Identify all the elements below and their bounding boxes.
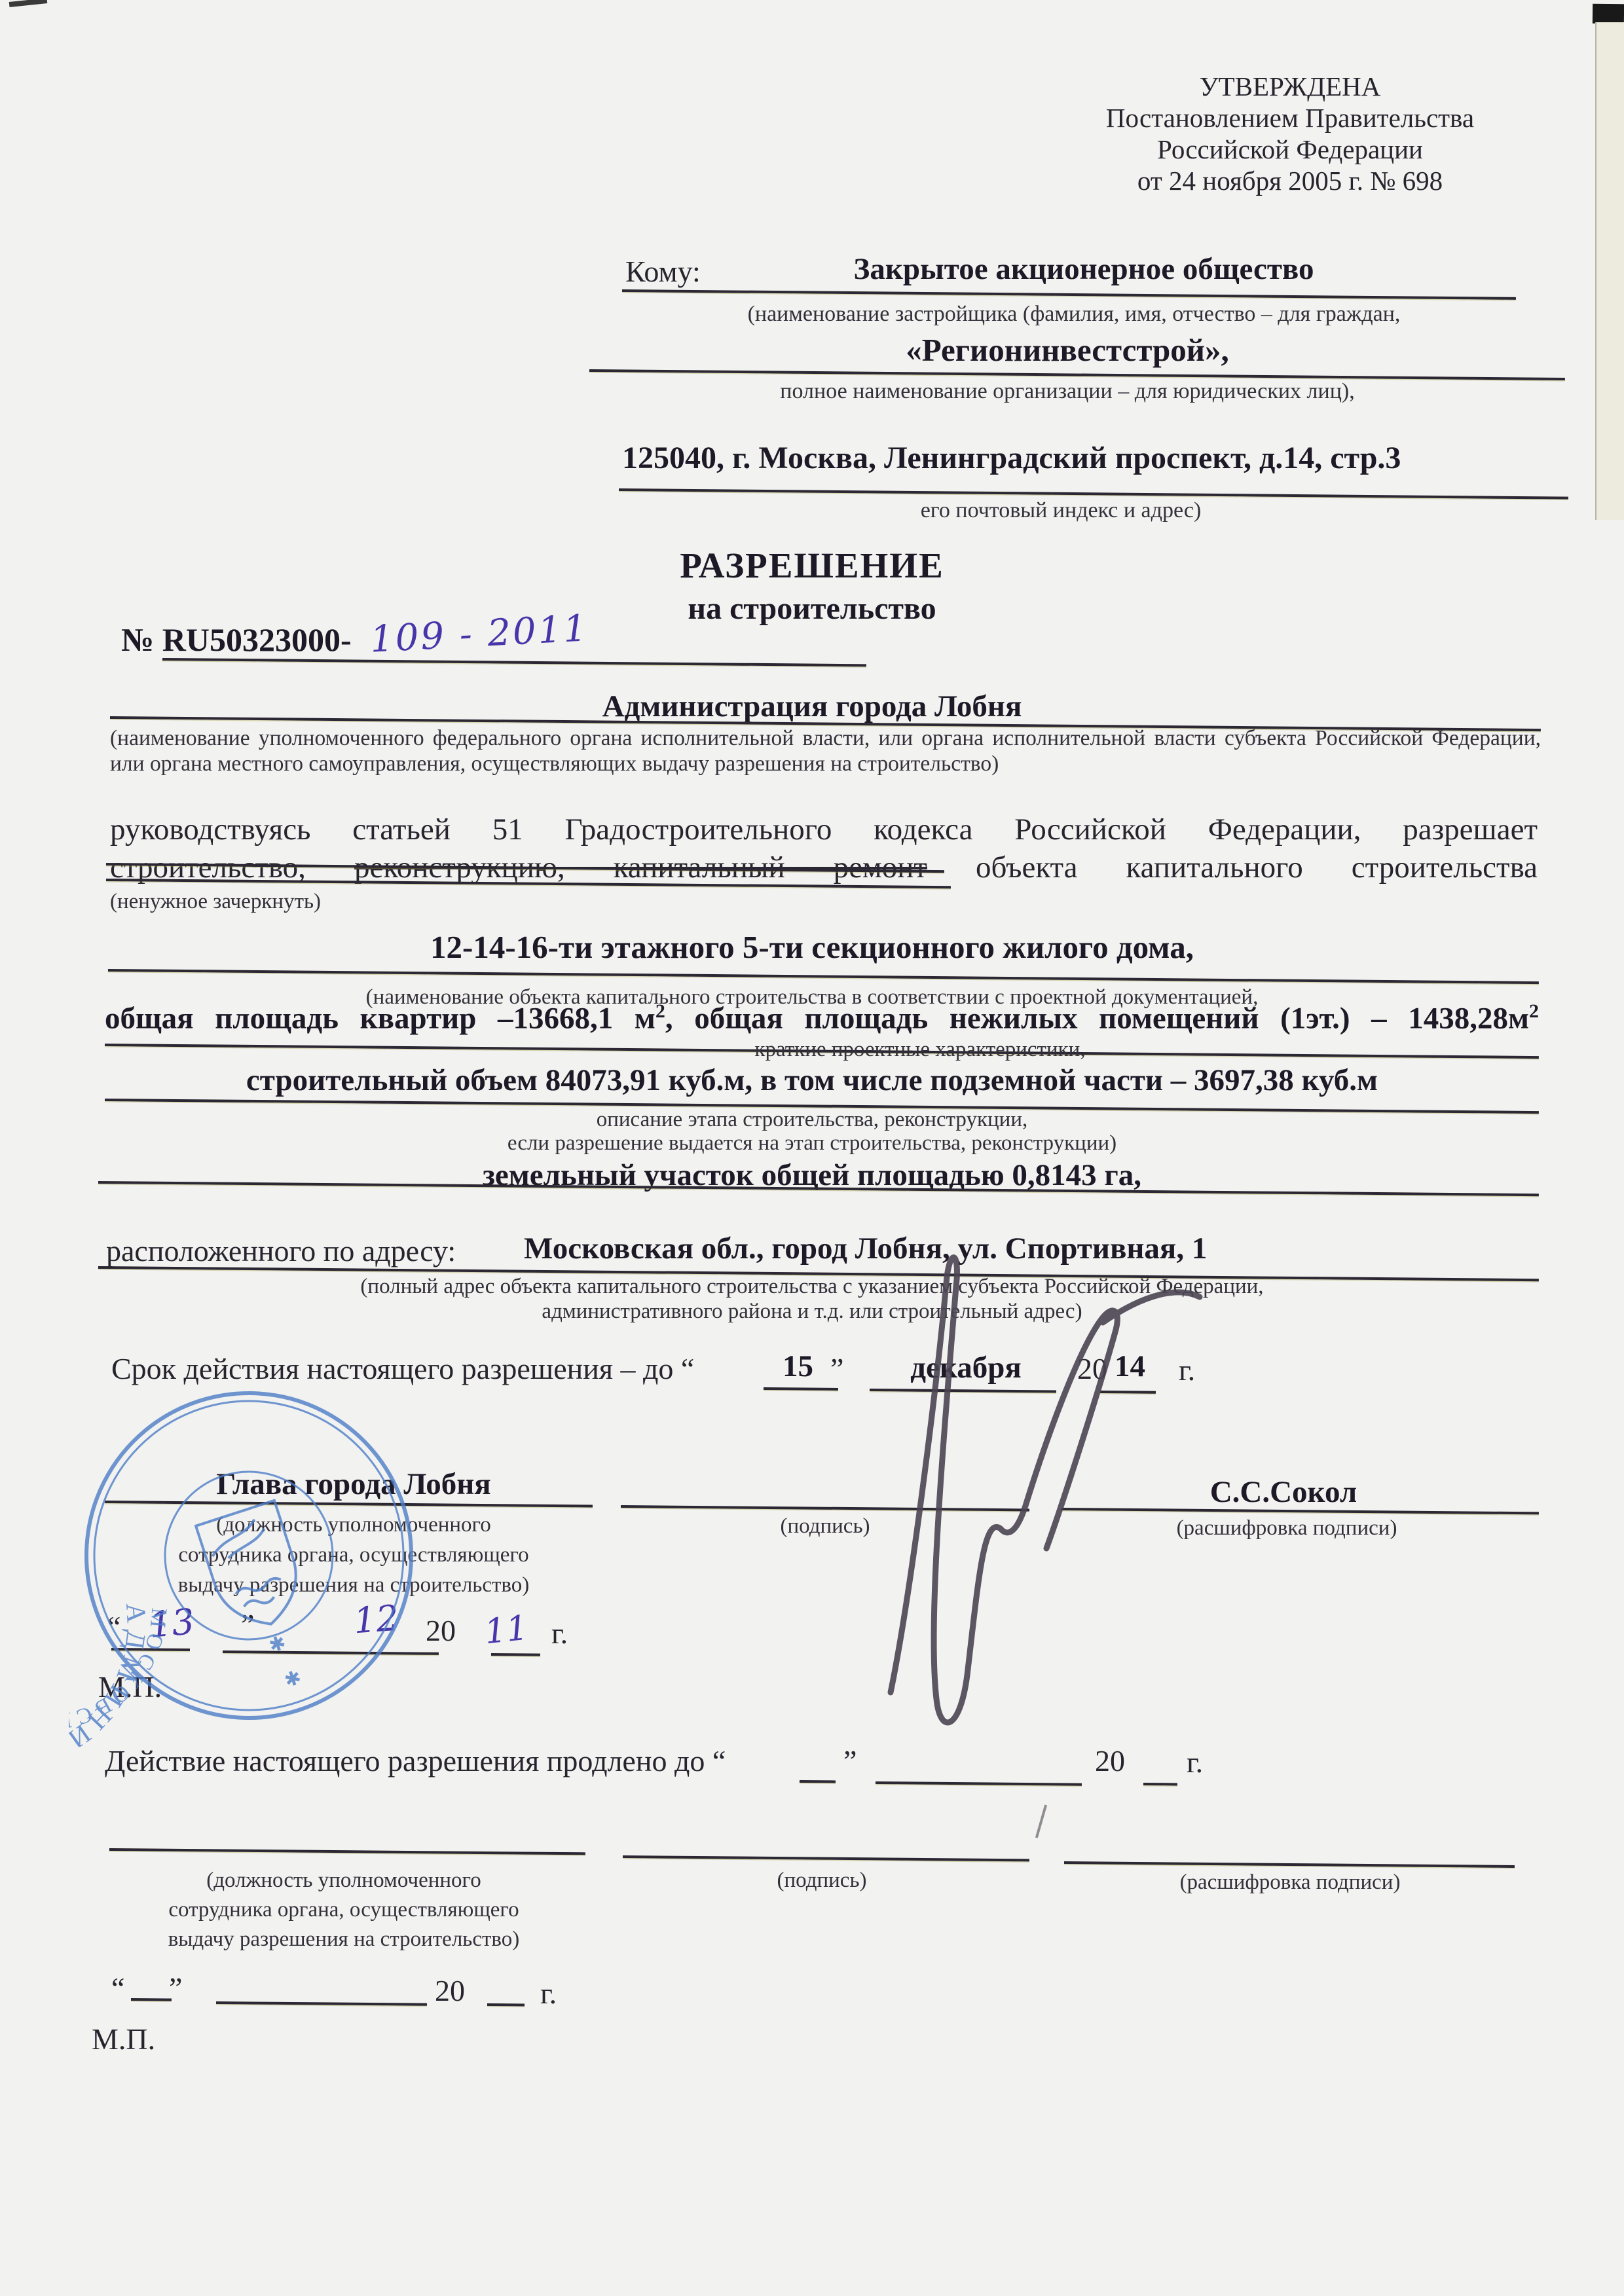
permit-number-label: № RU50323000- [121, 621, 352, 659]
line-under-object [108, 969, 1539, 984]
approved-block: УТВЕРЖДЕНА Постановлением Правительства … [1028, 71, 1552, 196]
located-hint-2: административного района и т.д. или стро… [157, 1299, 1467, 1324]
line-under-validity-day [764, 1387, 838, 1391]
sig2-position-hint-3: выдачу разрешения на строительство) [85, 1925, 602, 1954]
area-part1: общая площадь квартир –13668,1 м [105, 1002, 655, 1036]
scan-artifact-paper-edge [1595, 22, 1624, 520]
located-hint-1: (полный адрес объекта капитального строи… [157, 1274, 1467, 1300]
scanned-construction-permit: УТВЕРЖДЕНА Постановлением Правительства … [0, 0, 1624, 2296]
area-sup2: 2 [1529, 1000, 1539, 1022]
sig2-position-hint-2: сотрудника органа, осуществляющего [85, 1895, 602, 1925]
date1-g: г. [551, 1616, 568, 1650]
stamp-star-2: ✱ [282, 1666, 304, 1692]
body-lead-line: руководствуясь статьей 51 Градостроитель… [110, 812, 1538, 847]
strike-hint: (ненужное зачеркнуть) [110, 889, 321, 915]
developer-address: 125040, г. Москва, Ленинградский проспек… [622, 440, 1401, 476]
developer-hint: (наименование застройщика (фамилия, имя,… [668, 301, 1480, 327]
lobnya-coat-of-arms [196, 1501, 310, 1637]
approved-line-1: УТВЕРЖДЕНА [1028, 71, 1552, 102]
stamp-star-1: ✱ [267, 1631, 289, 1657]
volume-hint-2: если разрешение выдается на этап строите… [105, 1131, 1519, 1156]
date2-quote1: “ [111, 1971, 124, 2005]
sig2-position-hint-1: (должность уполномоченного [85, 1866, 602, 1895]
date2-line-day [131, 1998, 172, 2001]
authority-name: Администрация города Лобня [485, 689, 1139, 724]
date2-g: г. [540, 1976, 557, 2011]
org-hint: полное наименование организации – для юр… [674, 378, 1460, 404]
located-label: расположенного по адресу: [106, 1233, 456, 1268]
scan-artifact-top-left-speck [9, 0, 48, 7]
object-name: 12-14-16-ти этажного 5-ти секционного жи… [288, 928, 1336, 966]
authority-hint: (наименование уполномоченного федерально… [110, 725, 1541, 776]
developer-org-name: «Регионинвестстрой», [674, 331, 1460, 369]
line-under-developer [622, 289, 1516, 300]
scan-artifact-top-right-bar [1593, 4, 1624, 24]
approved-line-2: Постановлением Правительства [1028, 102, 1552, 134]
sig2-line-signature [623, 1855, 1029, 1861]
document-title: РАЗРЕШЕНИЕ [485, 545, 1139, 586]
extension-line-day [800, 1780, 836, 1783]
approved-line-4: от 24 ноября 2005 г. № 698 [1028, 165, 1552, 196]
extension-pre: Действие настоящего разрешения продлено … [105, 1743, 726, 1778]
date1-line-year [491, 1653, 540, 1656]
body-tail: объекта капитального строительства [976, 850, 1538, 884]
area-hint: краткие проектные характеристики, [458, 1037, 1382, 1063]
sig2-line-name [1064, 1861, 1515, 1868]
sig2-sign-hint: (подпись) [691, 1868, 953, 1893]
area-sup1: 2 [655, 1000, 665, 1022]
area-line: общая площадь квартир –13668,1 м2, общая… [105, 1000, 1539, 1036]
approved-line-3: Российской Федерации [1028, 134, 1552, 165]
body-construction-line: строительство, реконструкцию, капитальны… [110, 850, 1538, 885]
date1-year-handwritten: 11 [483, 1609, 530, 1652]
seal-placeholder-2: М.П. [92, 2022, 155, 2056]
extension-line-year [1143, 1783, 1177, 1785]
line-under-number [162, 658, 866, 666]
scan-artifact-pen-mark [1035, 1804, 1047, 1838]
validity-day: 15 [783, 1349, 813, 1384]
volume-hint-1: описание этапа строительства, реконструк… [105, 1107, 1519, 1133]
date2-line-year [487, 2003, 525, 2006]
official-stamp: АДМИНИСТРАЦИЯ ГОРОДА ЛОБНЯ МОСКОВСКОЙ ОБ… [69, 1380, 435, 1747]
permit-number-handwritten: 109 - 2011 [369, 607, 590, 661]
sig2-position-hint: (должность уполномоченного сотрудника ор… [85, 1866, 602, 1954]
sig2-line-position [109, 1848, 585, 1855]
signature-stroke [838, 1241, 1205, 1751]
extension-line-month [876, 1781, 1082, 1786]
area-part2: , общая площадь нежилых помещений (1эт.)… [665, 1002, 1529, 1036]
developer-name: Закрытое акционерное общество [655, 251, 1513, 287]
volume-line: строительный объем 84073,91 куб.м, в том… [105, 1063, 1519, 1098]
date2-century: 20 [435, 1973, 465, 2008]
sig2-name-hint: (расшифровка подписи) [1107, 1870, 1473, 1895]
date2-line-month [216, 2001, 427, 2006]
stamp-inner-ring [143, 1450, 355, 1662]
address-hint: его почтовый индекс и адрес) [733, 498, 1388, 523]
